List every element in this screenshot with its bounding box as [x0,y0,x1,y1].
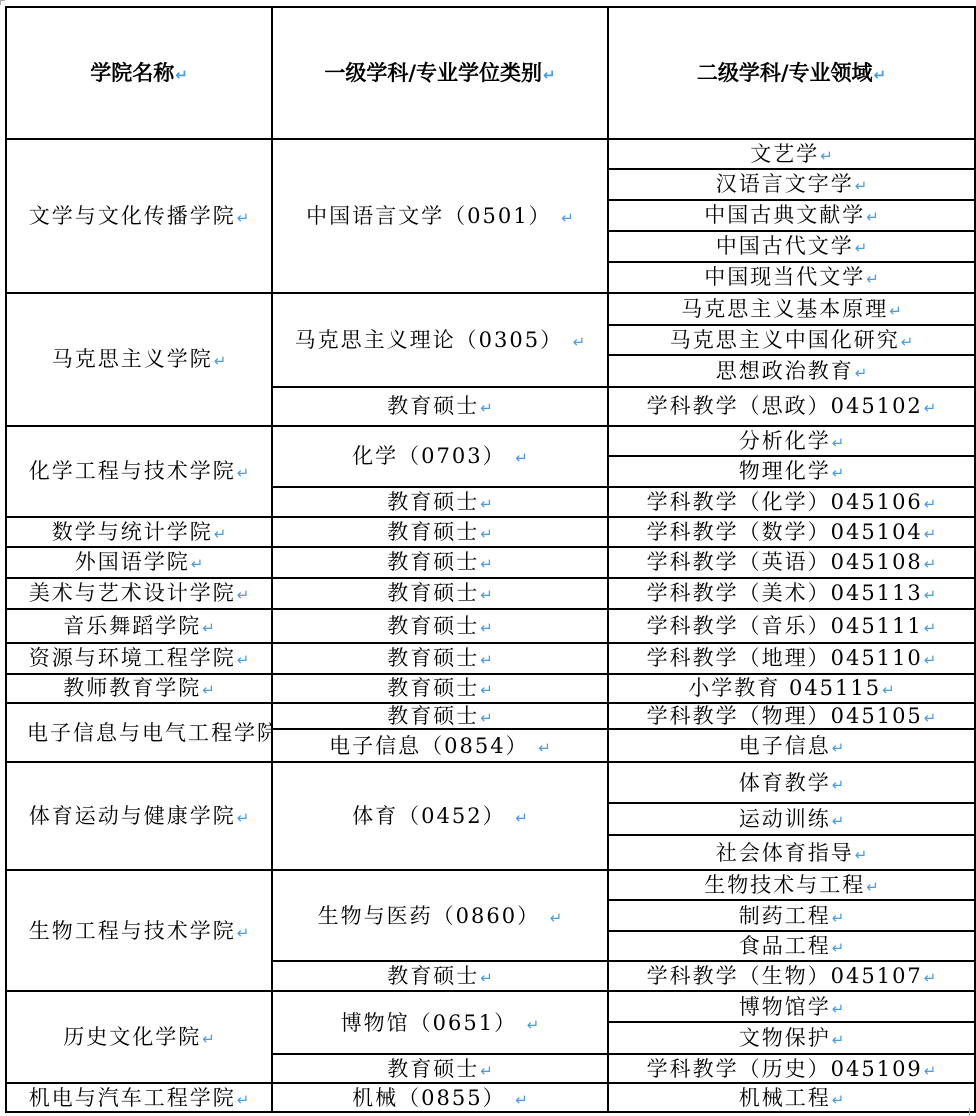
page-corner-mark [969,1108,974,1116]
table-row: 教师教育学院 教育硕士 小学教育 045115 [6,674,975,703]
paragraph-mark-icon [175,66,188,84]
paragraph-mark-icon [237,464,250,482]
college-cell: 马克思主义学院 [6,293,272,426]
paragraph-mark-icon [832,776,845,794]
field-cell: 生物技术与工程 [608,870,975,900]
paragraph-mark-icon [527,1016,540,1034]
field-cell: 学科教学（历史）045109 [608,1054,975,1083]
paragraph-mark-icon [832,939,845,957]
discipline-cell: 电子信息（0854） [272,729,608,762]
field-cell: 电子信息 [608,729,975,762]
college-cell: 音乐舞蹈学院 [6,609,272,643]
header-row: 学院名称 一级学科/专业学位类别 二级学科/专业领域 [6,7,975,139]
field-cell: 学科教学（生物）045107 [608,961,975,991]
field-cell: 学科教学（物理）045105 [608,703,975,729]
college-cell: 生物工程与技术学院 [6,870,272,991]
paragraph-mark-icon [237,924,250,942]
discipline-cell: 体育（0452） [272,762,608,870]
discipline-cell: 教育硕士 [272,703,608,729]
table-row: 机电与汽车工程学院 机械（0855） 机械工程 [6,1083,975,1112]
field-cell: 学科教学（美术）045113 [608,578,975,609]
field-cell: 制药工程 [608,900,975,931]
paragraph-mark-icon [480,399,493,417]
college-cell: 资源与环境工程学院 [6,643,272,674]
paragraph-mark-icon [202,1030,215,1048]
paragraph-mark-icon [202,681,215,699]
discipline-cell: 教育硕士 [272,517,608,547]
paragraph-mark-icon [832,812,845,830]
field-cell: 中国现当代文学 [608,262,975,293]
header-discipline: 一级学科/专业学位类别 [272,7,608,139]
paragraph-mark-icon [214,525,227,543]
paragraph-mark-icon [480,651,493,669]
paragraph-mark-icon [924,495,937,513]
paragraph-mark-icon [237,809,250,827]
header-college: 学院名称 [6,7,272,139]
field-cell: 中国古典文献学 [608,200,975,231]
paragraph-mark-icon [855,239,868,257]
field-cell: 分析化学 [608,426,975,456]
paragraph-mark-icon [855,846,868,864]
field-cell: 马克思主义基本原理 [608,293,975,325]
discipline-cell: 生物与医药（0860） [272,870,608,961]
paragraph-mark-icon [924,586,937,604]
discipline-cell: 教育硕士 [272,643,608,674]
table-row: 历史文化学院 博物馆（0651） 博物馆学 [6,991,975,1022]
header-field: 二级学科/专业领域 [608,7,975,139]
paragraph-mark-icon [832,1000,845,1018]
paragraph-mark-icon [855,364,868,382]
field-cell: 汉语言文字学 [608,169,975,200]
page-corner-mark [0,0,5,5]
paragraph-mark-icon [924,1062,937,1080]
paragraph-mark-icon [480,525,493,543]
paragraph-mark-icon [237,586,250,604]
college-cell: 文学与文化传播学院 [6,139,272,293]
paragraph-mark-icon [202,619,215,637]
paragraph-mark-icon [820,147,833,165]
paragraph-mark-icon [480,495,493,513]
field-cell: 机械工程 [608,1083,975,1112]
paragraph-mark-icon [874,66,887,84]
discipline-cell: 化学（0703） [272,426,608,487]
field-cell: 运动训练 [608,803,975,835]
paragraph-mark-icon [924,525,937,543]
paragraph-mark-icon [237,651,250,669]
discipline-cell: 机械（0855） [272,1083,608,1112]
discipline-cell: 教育硕士 [272,387,608,426]
discipline-cell: 博物馆（0651） [272,991,608,1054]
paragraph-mark-icon [889,302,902,320]
paragraph-mark-icon [480,586,493,604]
field-cell: 小学教育 045115 [608,674,975,703]
field-cell: 学科教学（音乐）045111 [608,609,975,643]
paragraph-mark-icon [214,352,227,370]
paragraph-mark-icon [882,681,895,699]
paragraph-mark-icon [866,270,879,288]
field-cell: 学科教学（化学）045106 [608,487,975,517]
table-row: 体育运动与健康学院 体育（0452） 体育教学 [6,762,975,803]
paragraph-mark-icon [550,909,563,927]
field-cell: 博物馆学 [608,991,975,1022]
paragraph-mark-icon [924,555,937,573]
college-cell: 历史文化学院 [6,991,272,1083]
field-cell: 体育教学 [608,762,975,803]
paragraph-mark-icon [866,878,879,896]
paragraph-mark-icon [237,1091,250,1109]
paragraph-mark-icon [480,709,493,727]
discipline-cell: 教育硕士 [272,674,608,703]
table-row: 电子信息与电气工程学院 教育硕士 学科教学（物理）045105 [6,703,975,729]
field-cell: 学科教学（思政）045102 [608,387,975,426]
discipline-cell: 教育硕士 [272,961,608,991]
college-cell: 数学与统计学院 [6,517,272,547]
paragraph-mark-icon [832,909,845,927]
discipline-table: 学院名称 一级学科/专业学位类别 二级学科/专业领域 文学与文化传播学院 中国语… [5,6,976,1113]
paragraph-mark-icon [515,449,528,467]
paragraph-mark-icon [832,1031,845,1049]
field-cell: 马克思主义中国化研究 [608,325,975,355]
table-row: 文学与文化传播学院 中国语言文学（0501） 文艺学 [6,139,975,169]
paragraph-mark-icon [538,739,551,757]
paragraph-mark-icon [515,1091,528,1109]
field-cell: 学科教学（地理）045110 [608,643,975,674]
table-row: 马克思主义学院 马克思主义理论（0305） 马克思主义基本原理 [6,293,975,325]
college-cell: 外国语学院 [6,547,272,578]
table-row: 数学与统计学院 教育硕士 学科教学（数学）045104 [6,517,975,547]
paragraph-mark-icon [924,969,937,987]
paragraph-mark-icon [237,209,250,227]
field-cell: 中国古代文学 [608,231,975,262]
field-cell: 思想政治教育 [608,355,975,387]
field-cell: 社会体育指导 [608,835,975,870]
paragraph-mark-icon [573,333,586,351]
college-cell: 美术与艺术设计学院 [6,578,272,609]
field-cell: 学科教学（英语）045108 [608,547,975,578]
paragraph-mark-icon [832,464,845,482]
table-row: 化学工程与技术学院 化学（0703） 分析化学 [6,426,975,456]
paragraph-mark-icon [561,209,574,227]
table-row: 美术与艺术设计学院 教育硕士 学科教学（美术）045113 [6,578,975,609]
discipline-cell: 教育硕士 [272,578,608,609]
field-cell: 文物保护 [608,1022,975,1054]
discipline-cell: 马克思主义理论（0305） [272,293,608,387]
table-row: 资源与环境工程学院 教育硕士 学科教学（地理）045110 [6,643,975,674]
paragraph-mark-icon [832,434,845,452]
table-row: 音乐舞蹈学院 教育硕士 学科教学（音乐）045111 [6,609,975,643]
discipline-cell: 教育硕士 [272,609,608,643]
paragraph-mark-icon [480,681,493,699]
table-row: 生物工程与技术学院 生物与医药（0860） 生物技术与工程 [6,870,975,900]
paragraph-mark-icon [543,66,556,84]
paragraph-mark-icon [866,208,879,226]
table-row: 外国语学院 教育硕士 学科教学（英语）045108 [6,547,975,578]
field-cell: 物理化学 [608,456,975,487]
paragraph-mark-icon [191,555,204,573]
paragraph-mark-icon [901,333,914,351]
discipline-cell: 教育硕士 [272,547,608,578]
college-cell: 电子信息与电气工程学院 [6,703,272,762]
paragraph-mark-icon [855,177,868,195]
discipline-cell: 教育硕士 [272,1054,608,1083]
paragraph-mark-icon [924,651,937,669]
college-cell: 教师教育学院 [6,674,272,703]
paragraph-mark-icon [924,709,937,727]
paragraph-mark-icon [515,809,528,827]
paragraph-mark-icon [832,739,845,757]
field-cell: 学科教学（数学）045104 [608,517,975,547]
paragraph-mark-icon [832,1091,845,1109]
discipline-cell: 中国语言文学（0501） [272,139,608,293]
college-cell: 化学工程与技术学院 [6,426,272,517]
field-cell: 文艺学 [608,139,975,169]
college-cell: 体育运动与健康学院 [6,762,272,870]
discipline-cell: 教育硕士 [272,487,608,517]
paragraph-mark-icon [480,555,493,573]
paragraph-mark-icon [924,619,937,637]
paragraph-mark-icon [480,969,493,987]
paragraph-mark-icon [924,399,937,417]
field-cell: 食品工程 [608,931,975,961]
college-cell: 机电与汽车工程学院 [6,1083,272,1112]
paragraph-mark-icon [480,619,493,637]
paragraph-mark-icon [480,1062,493,1080]
